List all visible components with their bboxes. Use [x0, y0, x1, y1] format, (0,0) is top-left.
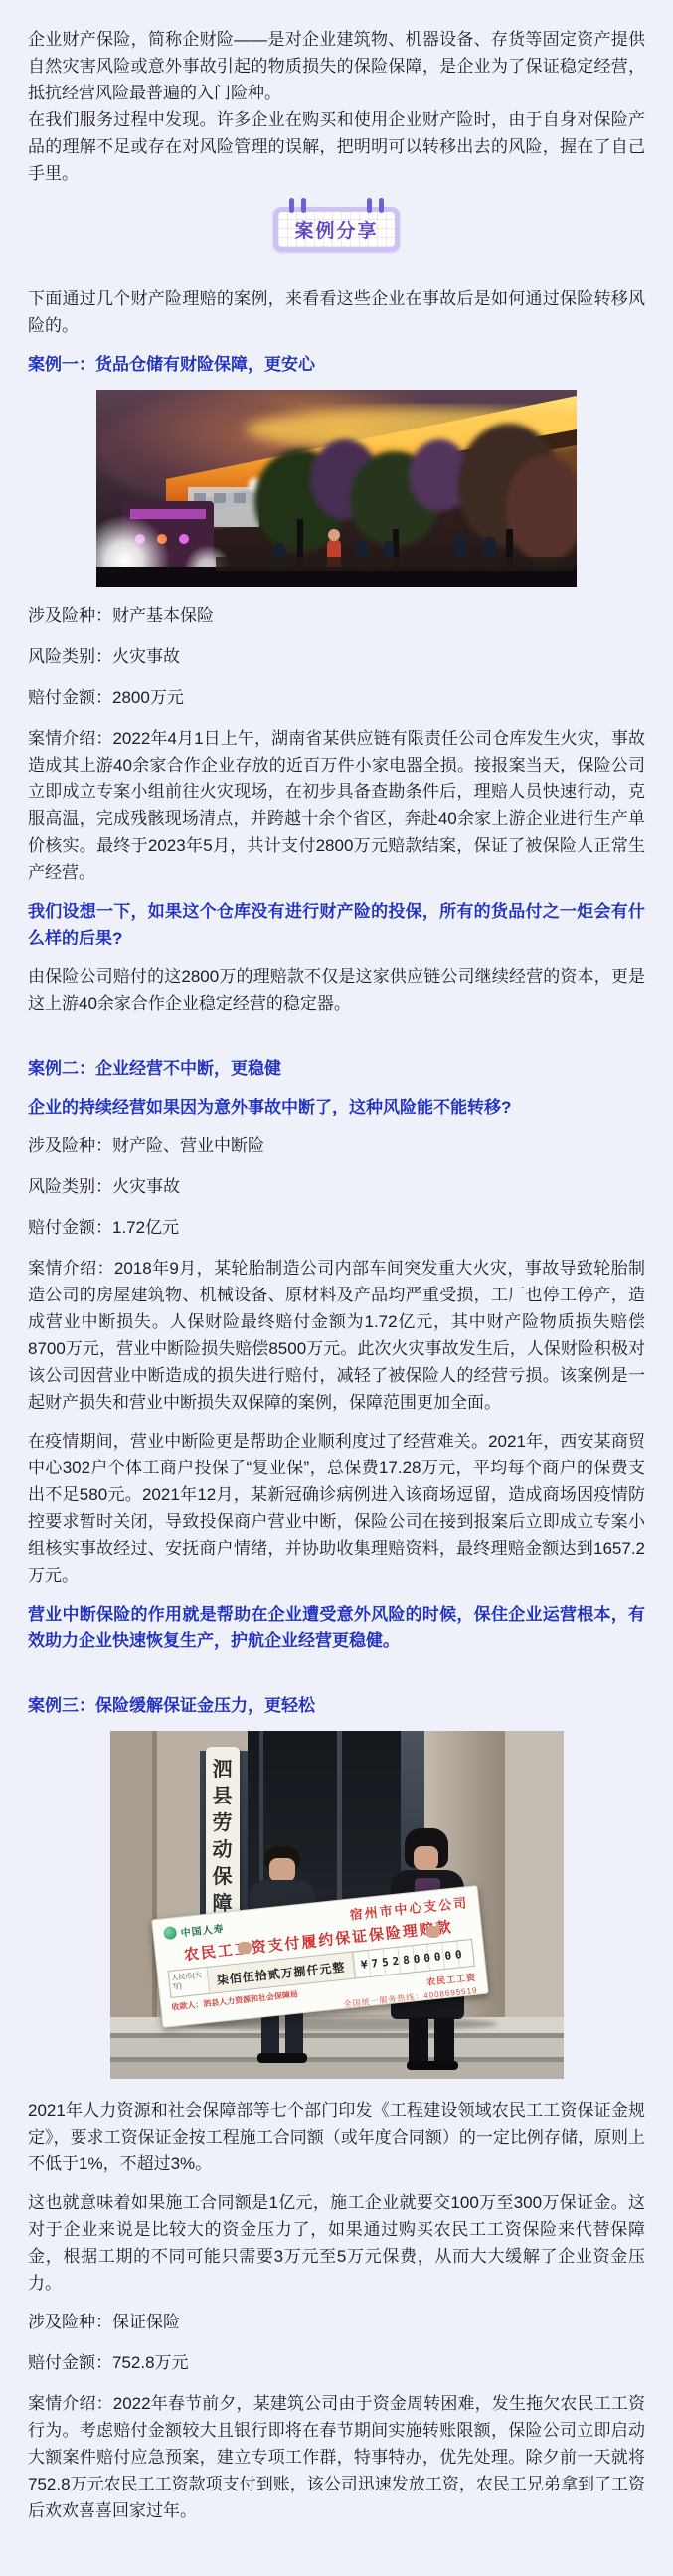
case3-title: 案例三：保险缓解保证金压力，更轻松: [28, 1692, 645, 1719]
china-life-brand: 中国人寿: [162, 1920, 224, 1941]
lead-paragraph: 下面通过几个财产险理赔的案例，来看看这些企业在事故后是如何通过保险转移风险的。: [28, 285, 645, 339]
case2-detail-risk-type: 风险类别：火灾事故: [28, 1173, 645, 1200]
pin-icon: [289, 198, 306, 213]
case1-highlight: 我们设想一下，如果这个仓库没有进行财产险的投保，所有的货品付之一炬会有什么样的后…: [28, 898, 645, 951]
case2-subtitle: 企业的持续经营如果因为意外事故中断了，这种风险能不能转移?: [28, 1094, 645, 1120]
case3-story: 案情介绍：2022年春节前夕，某建筑公司由于资金周转困难，发生拖欠农民工工资行为…: [28, 2390, 645, 2524]
badge-frame: 案例分享: [273, 207, 399, 252]
case2-highlight: 营业中断保险的作用就是帮助在企业遭受意外风险的时候，保住企业运营根本，有效助力企…: [28, 1601, 645, 1654]
case1-detail-insurance-type: 涉及险种：财产基本保险: [28, 602, 645, 629]
case2-title: 案例二：企业经营不中断，更稳健: [28, 1055, 645, 1082]
case1-story: 案情介绍：2022年4月1日上午，湖南省某供应链有限责任公司仓库发生火灾，事故造…: [28, 725, 645, 886]
case3-paragraph-1: 2021年人力资源和社会保障部等七个部门印发《工程建设领域农民工工资保证金规定》…: [28, 2097, 645, 2177]
china-life-logo-icon: [163, 1926, 177, 1940]
intro-paragraph-2: 在我们服务过程中发现。许多企业在购买和使用企业财产险时，由于自身对保险产品的理解…: [28, 106, 645, 187]
brand-name: 中国人寿: [179, 1920, 224, 1940]
intro-paragraph-1: 企业财产保险，简称企财险——是对企业建筑物、机器设备、存货等固定资产提供自然灾害…: [28, 26, 645, 106]
man-hand: [238, 1942, 252, 1954]
case2-detail-payout: 赔付金额：1.72亿元: [28, 1214, 645, 1241]
intro-section: 企业财产保险，简称企财险——是对企业建筑物、机器设备、存货等固定资产提供自然灾害…: [28, 26, 645, 187]
case1-warehouse-fire-photo: [96, 390, 577, 587]
woman-hand: [426, 1926, 440, 1938]
amount-label: 人民币(大写): [168, 1968, 210, 1997]
insurance-article: 企业财产保险，简称企财险——是对企业建筑物、机器设备、存货等固定资产提供自然灾害…: [0, 0, 673, 2556]
case3-paragraph-2: 这也就意味着如果施工合同额是1亿元，施工企业就要交100万至300万保证金。这对…: [28, 2189, 645, 2297]
case1-detail-payout: 赔付金额：2800万元: [28, 684, 645, 711]
case1-title: 案例一：货品仓储有财险保障，更安心: [28, 351, 645, 378]
case3-detail-payout: 赔付金额：752.8万元: [28, 2349, 645, 2376]
case2-detail-insurance-type: 涉及险种：财产险、营业中断险: [28, 1132, 645, 1159]
badge-box: 案例分享: [273, 207, 399, 252]
case1-detail-risk-type: 风险类别：火灾事故: [28, 643, 645, 670]
case3-check-presentation-photo: 泗县劳动保障 中国人寿 宿州市中心支公司 农民工工资支付履约保证保险理赔款 人民: [110, 1731, 564, 2079]
case2-story: 案情介绍：2018年9月，某轮胎制造公司内部车间突发重大火灾，事故导致轮胎制造公…: [28, 1255, 645, 1416]
case-share-badge: 案例分享: [28, 207, 645, 252]
case3-detail-insurance-type: 涉及险种：保证保险: [28, 2309, 645, 2335]
badge-pin-icons: [289, 198, 383, 213]
case2-extra: 在疫情期间，营业中断险更是帮助企业顺利度过了经营难关。2021年，西安某商贸中心…: [28, 1428, 645, 1589]
case1-followup: 由保险公司赔付的这2800万的理赔款不仅是这家供应链公司继续经营的资本，更是这上…: [28, 963, 645, 1017]
pin-icon: [367, 198, 384, 213]
badge-label: 案例分享: [278, 212, 394, 247]
